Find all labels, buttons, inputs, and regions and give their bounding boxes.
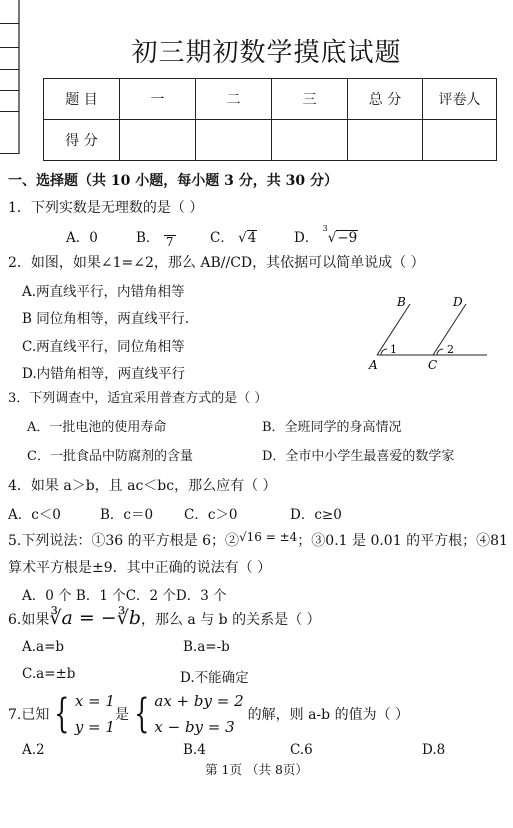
score-table-header-row: 题 目 一 二 三 总 分 评卷人 bbox=[44, 79, 497, 120]
q6-option-d: D.不能确定 bbox=[180, 666, 249, 686]
q7-system2: ax + by = 2x − by = 3 bbox=[154, 688, 243, 740]
binding-strip-line bbox=[0, 153, 19, 154]
binding-strip-line bbox=[0, 111, 19, 112]
q2-option-a: A.两直线平行，内错角相等 bbox=[22, 280, 185, 300]
q7-stem-prefix: 7.已知 bbox=[8, 707, 49, 723]
q7-option-a: A.2 bbox=[22, 742, 45, 758]
question-7-stem: 7.已知{x = 1y = 1是{ax + by = 2x − by = 3的解… bbox=[8, 688, 409, 740]
q4-option-c: C．c＞0 bbox=[184, 503, 237, 523]
q1-option-d: D． 3√−9 bbox=[294, 226, 358, 246]
left-brace: { bbox=[54, 694, 69, 734]
header-cell: 二 bbox=[196, 79, 272, 120]
q3-option-a: A．一批电池的使用寿命 bbox=[27, 416, 166, 435]
question-1-stem: 1．下列实数是无理数的是（ ） bbox=[8, 197, 203, 217]
question-2-stem: 2．如图，如果∠1=∠2，那么 AB//CD，其依据可以简单说成（ ） bbox=[8, 252, 425, 272]
question-4-stem: 4．如果 a＞b，且 ac＜bc，那么应有（ ） bbox=[8, 475, 277, 495]
fraction-22-7: 7 bbox=[164, 229, 176, 248]
label-d: D bbox=[452, 295, 463, 309]
score-cell[interactable] bbox=[423, 120, 497, 161]
angle-2-label: 2 bbox=[447, 343, 454, 356]
q6-stem-prefix: 6.如果 bbox=[8, 612, 49, 628]
q6-option-c: C.a=±b bbox=[22, 666, 75, 682]
question-5-stem-line2: 算术平方根是±9．其中正确的说法有（ ） bbox=[8, 557, 271, 577]
q6-option-b: B.a=-b bbox=[183, 639, 230, 655]
question-6-stem: 6.如果∛a = −∛b，那么 a 与 b 的关系是（ ） bbox=[8, 607, 321, 629]
q7-option-b: B.4 bbox=[183, 742, 206, 758]
header-cell: 总 分 bbox=[348, 79, 423, 120]
binding-strip-line bbox=[0, 90, 19, 91]
page-title: 初三期初数学摸底试题 bbox=[0, 32, 513, 69]
label-b: B bbox=[396, 295, 406, 309]
q2-option-b: B 同位角相等，两直线平行. bbox=[22, 307, 189, 327]
q2-option-c: C.两直线平行，同位角相等 bbox=[22, 335, 185, 355]
q1-option-d-label: D． bbox=[294, 230, 318, 246]
score-cell[interactable] bbox=[120, 120, 196, 161]
header-cell: 三 bbox=[272, 79, 348, 120]
section-heading: 一、选择题（共 10 小题，每小题 3 分，共 30 分） bbox=[8, 170, 338, 190]
header-cell: 评卷人 bbox=[423, 79, 497, 120]
angle-1-label: 1 bbox=[390, 343, 397, 356]
q5-math: √16 = ±4 bbox=[239, 530, 297, 544]
binding-strip-line bbox=[0, 69, 19, 70]
q6-stem-suffix: ，那么 a 与 b 的关系是（ ） bbox=[141, 612, 321, 628]
score-cell[interactable] bbox=[348, 120, 423, 161]
header-cell: 题 目 bbox=[44, 79, 120, 120]
score-table: 题 目 一 二 三 总 分 评卷人 得 分 bbox=[43, 78, 497, 161]
q4-option-b: B．c＝0 bbox=[100, 503, 153, 523]
score-row-label: 得 分 bbox=[44, 120, 120, 161]
q4-option-d: D．c≥0 bbox=[290, 503, 342, 523]
score-cell[interactable] bbox=[272, 120, 348, 161]
parallel-lines-figure: B D 1 2 A C bbox=[365, 292, 495, 374]
q6-math: ∛a = −∛b bbox=[49, 607, 141, 629]
cbrt-neg9: 3√−9 bbox=[323, 230, 359, 246]
q7-stem-suffix: 的解，则 a-b 的值为（ ） bbox=[248, 707, 409, 723]
question-3-stem: 3．下列调查中，适宜采用普查方式的是（ ） bbox=[8, 387, 267, 406]
q2-option-d: D.内错角相等，两直线平行 bbox=[22, 362, 185, 382]
q5-stem-part1: 5.下列说法：①36 的平方根是 6；② bbox=[8, 533, 239, 549]
q4-option-a: A．c＜0 bbox=[8, 503, 61, 523]
q3-option-d: D．全市中小学生最喜爱的数学家 bbox=[262, 445, 454, 464]
header-cell: 一 bbox=[120, 79, 196, 120]
q7-stem-mid: 是 bbox=[115, 707, 129, 723]
q7-option-c: C.6 bbox=[290, 742, 313, 758]
question-5-stem: 5.下列说法：①36 的平方根是 6；②√16 = ±4；③0.1 是 0.01… bbox=[8, 530, 513, 550]
q5-options: A．0 个 B．1 个C．2 个D．3 个 bbox=[22, 584, 227, 604]
left-brace: { bbox=[134, 694, 149, 734]
q3-option-b: B．全班同学的身高情况 bbox=[262, 416, 402, 435]
binding-strip-line bbox=[0, 23, 19, 24]
q1-option-a: A．0 bbox=[66, 226, 98, 246]
sqrt-4: √4 bbox=[238, 230, 257, 246]
score-cell[interactable] bbox=[196, 120, 272, 161]
label-a: A bbox=[368, 358, 378, 372]
score-table-score-row: 得 分 bbox=[44, 120, 497, 161]
q1-option-b-label: B． bbox=[136, 230, 159, 246]
page-footer: 第 1页 （共 8页） bbox=[0, 760, 513, 778]
q1-option-c: C． √4 bbox=[210, 226, 257, 246]
q6-option-a: A.a=b bbox=[22, 639, 64, 655]
q7-option-d: D.8 bbox=[422, 742, 445, 758]
q3-option-c: C．一批食品中防腐剂的含量 bbox=[27, 445, 193, 464]
q7-system1: x = 1y = 1 bbox=[75, 688, 115, 740]
q1-option-c-label: C． bbox=[210, 230, 234, 246]
q1-option-b: B． 7 bbox=[136, 226, 176, 248]
label-c: C bbox=[428, 358, 437, 372]
q5-stem-part2: ；③0.1 是 0.01 的平方根；④81 的 bbox=[297, 533, 513, 549]
